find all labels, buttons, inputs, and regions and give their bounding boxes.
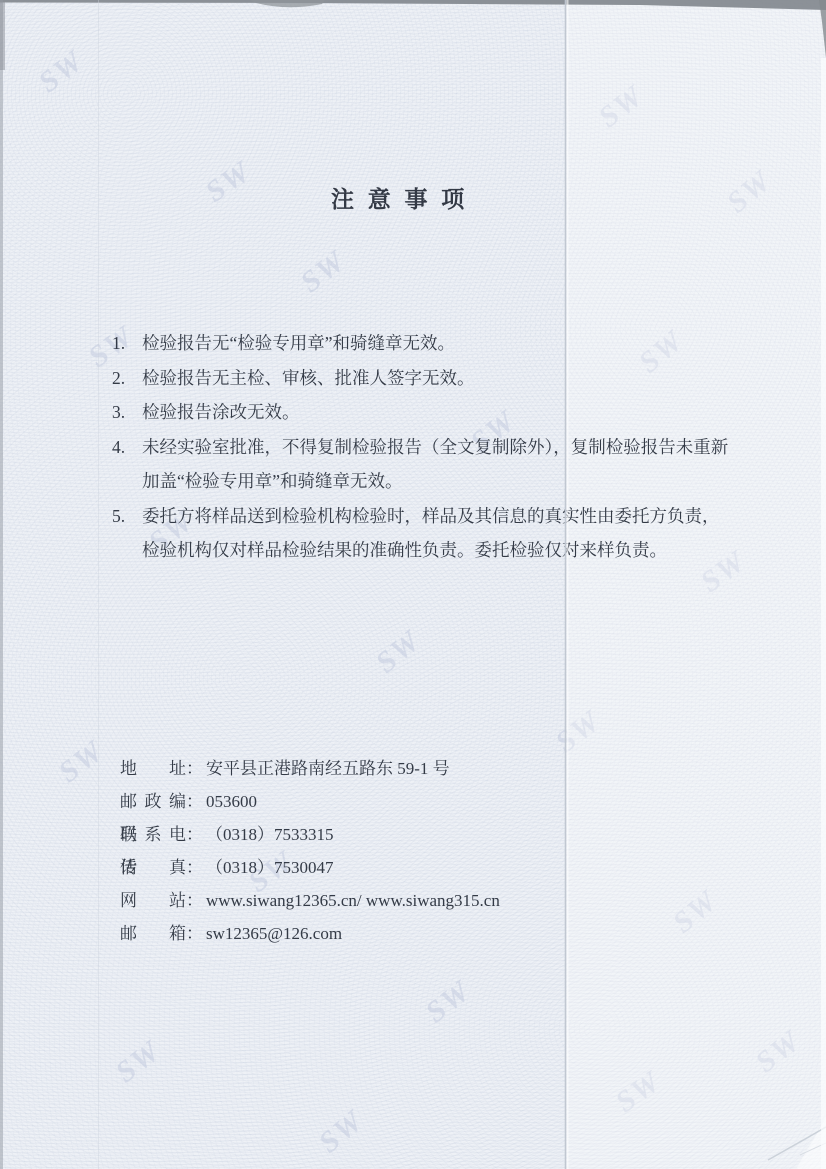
security-watermark-text: SW bbox=[593, 79, 651, 135]
security-watermark-text: SW bbox=[667, 884, 725, 940]
contact-row: 地址：安平县正港路南经五路东 59-1 号 bbox=[120, 752, 500, 785]
contact-row: 邮箱：sw12365@126.com bbox=[120, 917, 500, 950]
corner-crease-patch bbox=[796, 1118, 826, 1169]
contact-value: （0318）7530047 bbox=[206, 851, 334, 884]
scan-edge-left bbox=[0, 0, 3, 1169]
note-text-line: 委托方将样品送到检验机构检验时，样品及其信息的真实性由委托方负责， bbox=[142, 499, 732, 534]
security-watermark-text: SW bbox=[200, 154, 258, 209]
contact-separator: ： bbox=[186, 785, 206, 818]
contact-row: 传真：（0318）7530047 bbox=[120, 851, 500, 884]
contact-row: 邮政编码：053600 bbox=[120, 785, 500, 818]
scan-edge-top bbox=[0, 0, 826, 10]
note-text-line: 检验报告无主检、审核、批准人签字无效。 bbox=[142, 361, 732, 396]
security-watermark-text: SW bbox=[313, 1104, 371, 1160]
contact-value: 安平县正港路南经五路东 59-1 号 bbox=[206, 752, 450, 785]
note-text: 委托方将样品送到检验机构检验时，样品及其信息的真实性由委托方负责，检验机构仅对样… bbox=[142, 499, 732, 568]
note-text: 未经实验室批准，不得复制检验报告（全文复制除外），复制检验报告未重新加盖“检验专… bbox=[142, 430, 732, 499]
note-number: 4. bbox=[112, 430, 142, 499]
note-item: 4.未经实验室批准，不得复制检验报告（全文复制除外），复制检验报告未重新加盖“检… bbox=[112, 430, 732, 499]
security-watermark-text: SW bbox=[610, 1064, 668, 1119]
note-text: 检验报告无主检、审核、批准人签字无效。 bbox=[142, 361, 732, 396]
security-watermark-text: SW bbox=[721, 164, 779, 220]
contact-row: 网站：www.siwang12365.cn/ www.siwang315.cn bbox=[120, 884, 500, 917]
note-number: 5. bbox=[112, 499, 142, 568]
scan-artifacts bbox=[0, 0, 826, 1169]
contact-value: 053600 bbox=[206, 785, 257, 818]
contact-label: 传真 bbox=[120, 851, 186, 884]
security-watermark-text: SW bbox=[295, 244, 353, 300]
fold-highlight bbox=[567, 0, 826, 1169]
scan-edge-curl bbox=[250, 0, 325, 7]
note-text-line: 检验报告涂改无效。 bbox=[142, 395, 732, 430]
note-item: 5.委托方将样品送到检验机构检验时，样品及其信息的真实性由委托方负责，检验机构仅… bbox=[112, 499, 732, 568]
contact-separator: ： bbox=[186, 851, 206, 884]
contact-info-block: 地址：安平县正港路南经五路东 59-1 号邮政编码：053600联系电话：（03… bbox=[120, 752, 500, 950]
note-text-line: 检验报告无“检验专用章”和骑缝章无效。 bbox=[142, 326, 732, 361]
notes-list: 1.检验报告无“检验专用章”和骑缝章无效。2.检验报告无主检、审核、批准人签字无… bbox=[112, 326, 732, 568]
note-item: 1.检验报告无“检验专用章”和骑缝章无效。 bbox=[112, 326, 732, 361]
note-number: 2. bbox=[112, 361, 142, 396]
scanned-document-page: SWSWSWSWSWSWSWSWSWSWSWSWSWSWSWSWSWSWSWSW… bbox=[0, 0, 826, 1169]
scan-edge-right-top bbox=[819, 0, 826, 58]
contact-label: 地址 bbox=[120, 752, 186, 785]
contact-label: 网站 bbox=[120, 884, 186, 917]
page-title: 注 意 事 项 bbox=[331, 181, 468, 214]
note-text: 检验报告涂改无效。 bbox=[142, 395, 732, 430]
contact-separator: ： bbox=[186, 917, 206, 950]
watermark-layer: SWSWSWSWSWSWSWSWSWSWSWSWSWSWSWSWSWSWSWSW bbox=[0, 0, 826, 1169]
contact-value: （0318）7533315 bbox=[206, 818, 334, 851]
contact-row: 联系电话：（0318）7533315 bbox=[120, 818, 500, 851]
contact-value: www.siwang12365.cn/ www.siwang315.cn bbox=[206, 884, 500, 917]
security-watermark-text: SW bbox=[370, 624, 428, 680]
contact-value: sw12365@126.com bbox=[206, 917, 342, 950]
contact-label: 邮箱 bbox=[120, 917, 186, 950]
security-watermark-text: SW bbox=[33, 44, 91, 100]
note-number: 3. bbox=[112, 395, 142, 430]
security-watermark-text: SW bbox=[53, 734, 111, 790]
contact-separator: ： bbox=[186, 752, 206, 785]
contact-separator: ： bbox=[186, 818, 206, 851]
security-watermark-text: SW bbox=[420, 974, 478, 1030]
security-watermark-text: SW bbox=[110, 1034, 168, 1090]
contact-label: 邮政编码 bbox=[120, 785, 186, 818]
contact-label: 联系电话 bbox=[120, 818, 186, 851]
security-watermark-text: SW bbox=[750, 1024, 808, 1080]
note-item: 2.检验报告无主检、审核、批准人签字无效。 bbox=[112, 361, 732, 396]
corner-crease-line bbox=[768, 1127, 826, 1160]
contact-separator: ： bbox=[186, 884, 206, 917]
note-text-line: 未经实验室批准，不得复制检验报告（全文复制除外），复制检验报告未重新 bbox=[142, 430, 732, 465]
scan-edge-left-top bbox=[0, 0, 5, 70]
note-number: 1. bbox=[112, 326, 142, 361]
note-text: 检验报告无“检验专用章”和骑缝章无效。 bbox=[142, 326, 732, 361]
note-text-line: 检验机构仅对样品检验结果的准确性负责。委托检验仅对来样负责。 bbox=[142, 533, 732, 568]
corner-crease-line-2 bbox=[800, 1143, 826, 1155]
note-item: 3.检验报告涂改无效。 bbox=[112, 395, 732, 430]
security-watermark-text: SW bbox=[550, 704, 608, 760]
note-text-line: 加盖“检验专用章”和骑缝章无效。 bbox=[142, 464, 732, 499]
page-right-edge bbox=[821, 58, 826, 1169]
